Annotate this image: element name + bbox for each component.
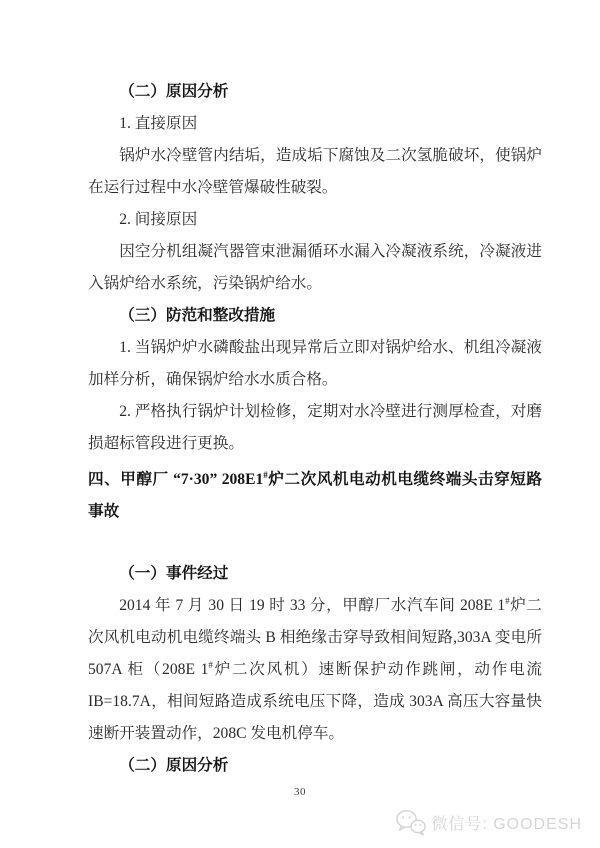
document-page: （二）原因分析 1. 直接原因 锅炉水冷壁管内结垢，造成垢下腐蚀及二次氢脆破坏，… xyxy=(0,0,600,848)
section-heading-cause-analysis-2: （二）原因分析 xyxy=(88,750,542,782)
paragraph-measure-2: 2. 严格执行锅炉计划检修，定期对水冷壁进行测厚检查，对磨损超标管段进行更换。 xyxy=(88,396,542,460)
chapter-heading-accident-4: 四、甲醇厂 “7·30” 208E1#炉二次风机电动机电缆终端头击穿短路事故 xyxy=(88,464,542,528)
paragraph-direct-cause: 锅炉水冷壁管内结垢，造成垢下腐蚀及二次氢脆破坏，使锅炉在运行过程中水冷壁管爆破性… xyxy=(88,140,542,204)
wechat-icon xyxy=(395,809,426,836)
list-item-direct-cause-label: 1. 直接原因 xyxy=(88,108,542,140)
section-heading-cause-analysis: （二）原因分析 xyxy=(88,76,542,108)
chapter-heading-text: 四、甲醇厂 “7·30” 208E1 xyxy=(88,471,263,488)
wechat-watermark: 微信号: GOODESH xyxy=(395,809,582,836)
section-heading-event-course: （一）事件经过 xyxy=(88,558,542,590)
document-content: （二）原因分析 1. 直接原因 锅炉水冷壁管内结垢，造成垢下腐蚀及二次氢脆破坏，… xyxy=(88,76,542,782)
paragraph-event-course: 2014 年 7 月 30 日 19 时 33 分，甲醇厂水汽车间 208E 1… xyxy=(88,590,542,750)
watermark-label: 微信号: GOODESH xyxy=(431,811,582,834)
paragraph-measure-1: 1. 当锅炉炉水磷酸盐出现异常后立即对锅炉给水、机组冷凝液加样分析，确保锅炉给水… xyxy=(88,332,542,396)
page-number: 30 xyxy=(0,786,600,798)
section-heading-prevention-measures: （三）防范和整改措施 xyxy=(88,300,542,332)
list-item-indirect-cause-label: 2. 间接原因 xyxy=(88,204,542,236)
paragraph-indirect-cause: 因空分机组凝汽器管束泄漏循环水漏入冷凝液系统，冷凝液进入锅炉给水系统，污染锅炉给… xyxy=(88,236,542,300)
event-text: 2014 年 7 月 30 日 19 时 33 分，甲醇厂水汽车间 208E 1 xyxy=(119,597,505,614)
